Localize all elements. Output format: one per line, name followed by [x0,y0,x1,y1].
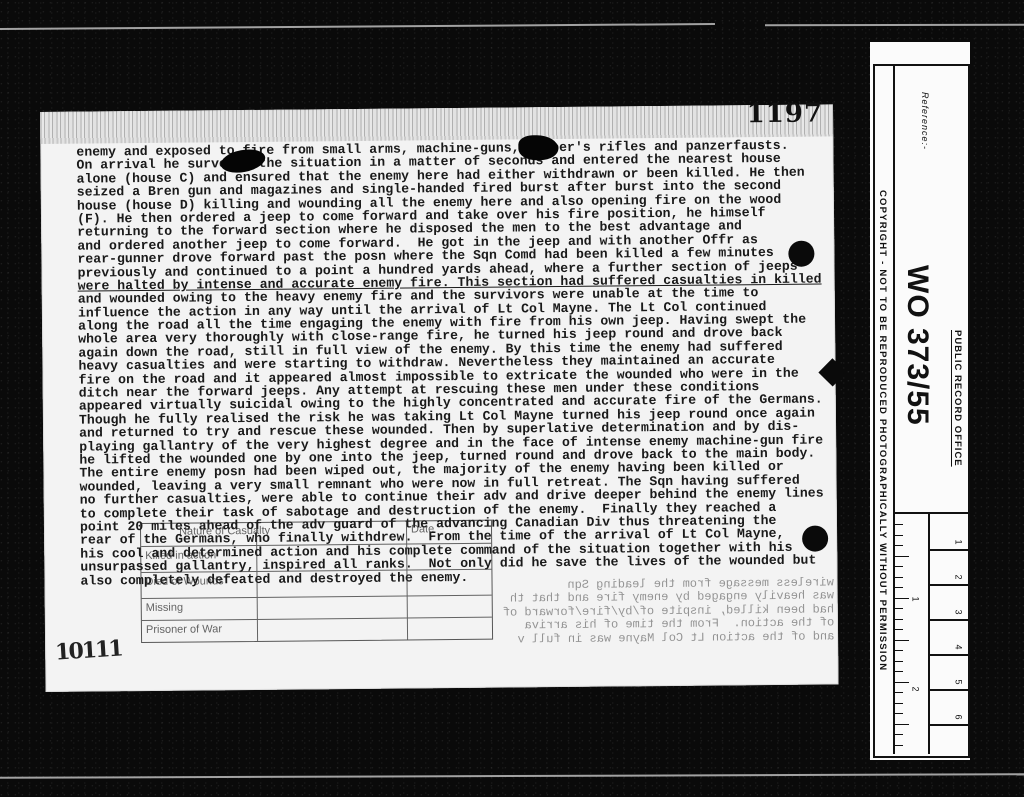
ruler-label: 2 [954,574,964,579]
reference-slip: Reference:- COPYRIGHT - NOT TO BE REPROD… [870,42,970,760]
table-row-line [142,617,492,621]
ruler-label: 4 [954,644,964,649]
ruler-segment [930,619,968,621]
ruler-tick [895,577,903,578]
ruler-tick [895,682,909,683]
ruler-label: 1 [954,539,964,544]
ruler-tick [895,650,903,651]
office-name: PUBLIC RECORD OFFICE [952,330,963,467]
table-row-killed: Killed in action [145,549,216,562]
copyright-notice: COPYRIGHT - NOT TO BE REPRODUCED PHOTOGR… [877,190,888,671]
ruler-tick [895,661,903,662]
ruler-tick [895,619,903,620]
ruler-label: 1 [911,596,921,601]
catalogue-code: WO 373/55 [900,265,934,426]
ruler-tick [895,545,903,546]
ruler-segment [930,654,968,656]
ink-blot [518,135,558,160]
page-number: 1197 [747,98,824,129]
casualty-form-overlay: Nature of Casualty Date Killed in action… [140,520,493,643]
ruler-tick [895,566,903,567]
table-row-pow: Prisoner of War [146,623,222,636]
ruler-tick [895,713,903,714]
ruler-label: 6 [954,714,964,719]
ruler-tick [895,598,909,599]
table-header-date: Date [411,523,434,535]
ruler-tick [895,692,903,693]
ruler-segment [930,689,968,691]
table-row-line [141,543,491,547]
ruler-label: 2 [911,686,921,691]
ruler-label: 3 [954,609,964,614]
ruler-tick [895,535,903,536]
table-row-line [141,569,491,573]
table-row-line [142,595,492,599]
bleedthrough-text: wireless message from the leading Sqn wa… [503,576,835,646]
ruler-tick [895,608,903,609]
document-page: 1197 enemy and exposed to fire from smal… [40,104,839,692]
punch-hole [788,241,814,267]
table-divider [256,523,258,641]
stamp-mark: 10111 [54,636,122,666]
ruler-tick [895,556,909,557]
ruler-tick [895,745,903,746]
ruler-segment [930,724,968,726]
ruler-label: 5 [954,679,964,684]
ruler-segment [930,549,968,551]
ruler-tick [895,524,903,525]
cm-ruler: 123456 [928,512,968,754]
ruler-tick [895,671,903,672]
ruler-tick [895,587,903,588]
punch-hole [802,525,828,551]
ruler-tick [895,640,909,641]
inch-ruler: 12 [893,512,930,754]
ruler-tick [895,734,903,735]
ruler-tick [895,703,903,704]
ruler-tick [895,724,909,725]
ruler-segment [930,584,968,586]
table-row-missing: Missing [146,602,183,614]
ruler-tick [895,629,903,630]
table-row-died: Died of Wounds [145,575,223,588]
table-divider [406,521,408,639]
reference-label: Reference:- [920,92,930,150]
table-header-nature: Nature of Casualty [179,525,270,538]
